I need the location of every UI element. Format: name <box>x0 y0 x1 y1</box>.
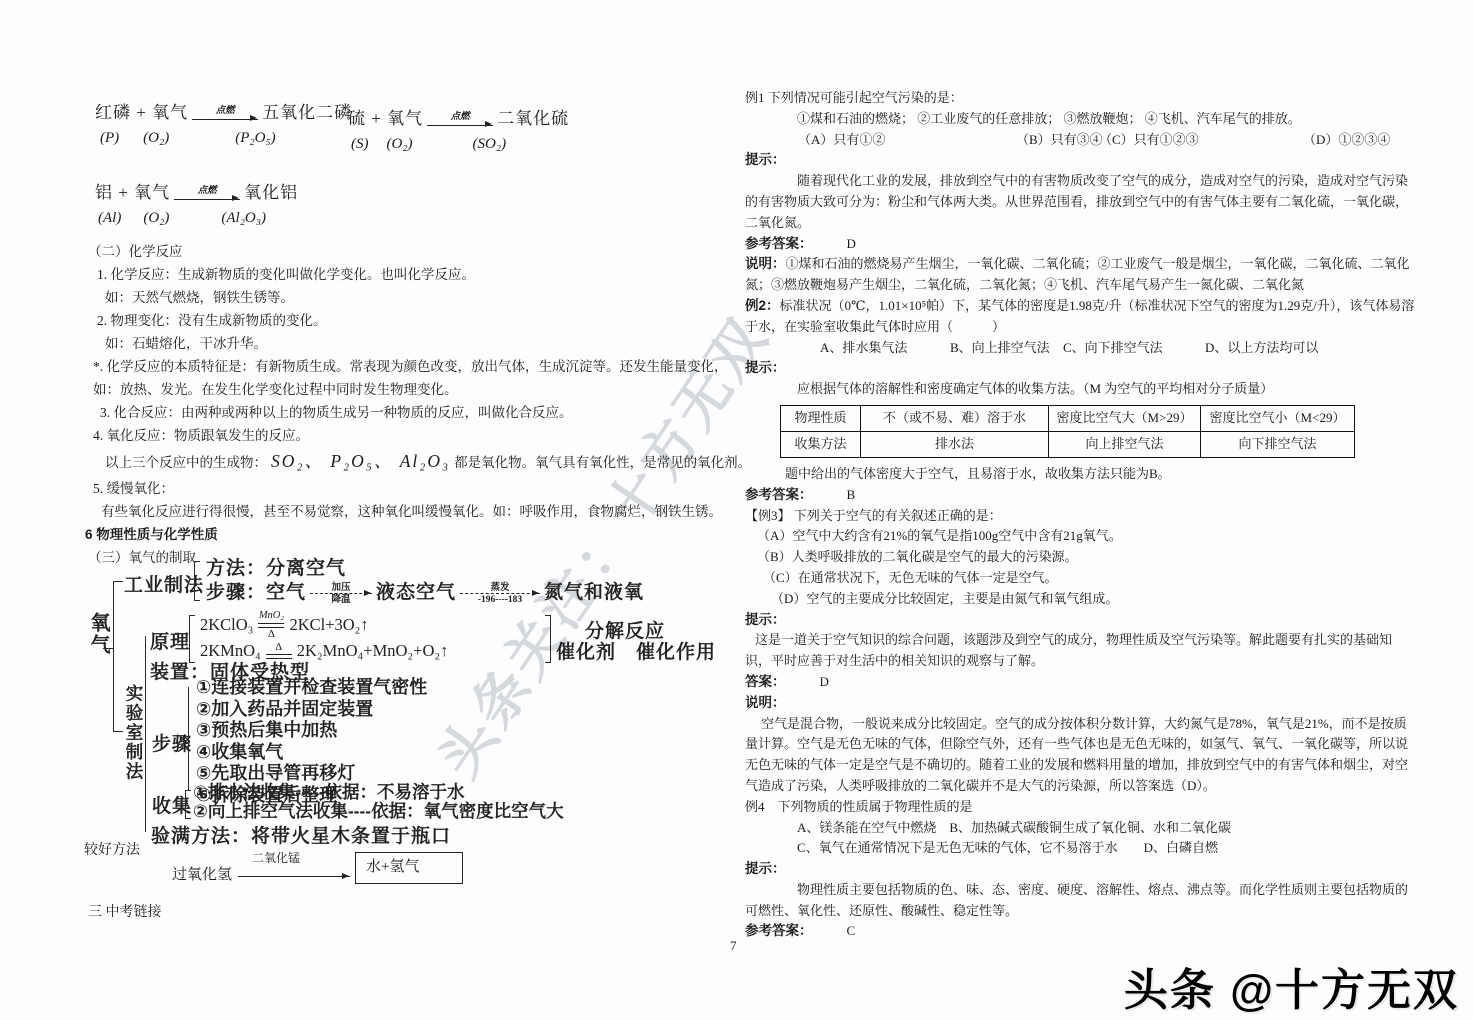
hint-heading: 提示： <box>745 358 1417 379</box>
lab-method-label: 实验室制法 <box>122 684 147 782</box>
answer-line: 答案：D <box>745 672 1417 693</box>
example1-options: （A）只有①② （B）只有③④ （C）只有①②③ （D）①②③④ <box>745 130 1417 151</box>
option-c-line: （C）在通常状况下，无色无味的气体一定是空气。 <box>745 568 1417 589</box>
list-item: ①排水法收集-----依据：不易溶于水 <box>193 783 564 802</box>
hint-paragraph: 应根据气体的溶解性和密度确定气体的收集方法。（M 为空气的平均相对分子质量） <box>745 379 1417 400</box>
left-column-text: （二）化学反应 1. 化学反应：生成新物质的变化叫做化学变化。也叫化学反应。 如… <box>85 240 733 569</box>
table-cell: 收集方法 <box>781 431 861 457</box>
equation-product: 二氧化硫 <box>497 104 569 129</box>
list-item: ①连接装置并检查装置气密性 <box>196 677 427 699</box>
bracket-icon <box>545 615 551 663</box>
hint-heading: 提示： <box>745 859 1417 880</box>
liquid-air-label: 液态空气 <box>376 577 456 604</box>
arrow-shaft-icon <box>310 593 372 594</box>
condition-label: 点燃 <box>198 187 217 197</box>
hint-heading: 提示： <box>745 150 1417 171</box>
formula: (P₂O₅) <box>235 130 275 147</box>
nitrogen-liquid-oxygen-label: 氮气和液氧 <box>544 577 644 604</box>
industrial-method-label: 工业制法 <box>124 570 204 597</box>
option-b-line: （B）人类呼吸排放的二氧化碳是空气的最大的污染源。 <box>745 547 1417 568</box>
equation-product: 五氧化二磷 <box>262 98 352 123</box>
reaction-arrow: 点燃 <box>174 187 240 200</box>
formula: (S) <box>351 136 369 153</box>
reaction-arrow: 点燃 <box>192 107 258 120</box>
text-line: 有些氧化反应进行得很慢，甚至不易觉察，这种氧化叫缓慢氧化。如：呼吸作用，食物腐烂… <box>85 500 733 523</box>
connector-line <box>113 581 123 582</box>
h2o2-label: 过氧化氢 <box>172 863 232 884</box>
example2-title: 例2：标准状况（0℃，1.01×10⁵帕）下，某气体的密度是1.98克/升（标准… <box>745 296 1417 338</box>
example4-options-ab: A、镁条能在空气中燃烧 B、加热碱式碳酸铜生成了氧化铜、水和二氧化碳 <box>745 818 1417 839</box>
formula: (Al) <box>98 210 121 227</box>
hint-heading: 提示： <box>745 610 1417 631</box>
lab-steps-label: 步骤 <box>152 729 192 756</box>
products-prefix: 以上三个反应中的生成物： <box>105 455 267 470</box>
example4-title: 例4 下列物质的性质属于物理性质的是 <box>745 797 1417 818</box>
connector-line <box>188 687 189 791</box>
section-heading: （二）化学反应 <box>85 240 733 263</box>
explanation-heading: 说明： <box>745 693 1417 714</box>
oxide-products-line: 以上三个反应中的生成物：SO₂、 P₂O₅、 Al₂O₃都是氧化物。氧气具有氧化… <box>85 447 733 477</box>
equation-aluminum: 铝 + 氧气 点燃 氧化铝 (Al)(O₂)(Al₂O₃) <box>95 178 298 227</box>
text-line: 如：天然气燃烧，钢铁生锈等。 <box>85 286 733 309</box>
text-line: 如：石蜡熔化，干冰升华。 <box>85 332 733 355</box>
full-test-label: 验满方法：将带火星木条置于瓶口 <box>151 821 451 848</box>
formula: (SO₂) <box>473 136 507 153</box>
arrow-shaft-icon <box>460 593 540 594</box>
section-heading: 6 物理性质与化学性质 <box>85 523 733 546</box>
table-row: 物理性质 不（或不易、难）溶于水 密度比空气大（M>29） 密度比空气小（M<2… <box>781 405 1355 431</box>
bracket-icon <box>189 615 195 663</box>
option-b: B、向上排空气法 <box>950 338 1050 359</box>
industrial-steps-row: 步骤：空气 加压降温 液态空气 蒸发-196----183 氮气和液氧 <box>206 577 644 604</box>
formula: (O₂) <box>143 130 169 147</box>
result-box: 水+氢气 <box>355 852 463 884</box>
evaporate-arrow: 蒸发-196----183 <box>460 582 540 606</box>
reference-answer: 参考答案：C <box>745 921 1417 942</box>
arrow-shaft-icon <box>174 199 240 200</box>
option-d-line: （D）空气的主要成分比较固定，主要是由氮气和氧气组成。 <box>745 589 1417 610</box>
gas-collection-table: 物理性质 不（或不易、难）溶于水 密度比空气大（M>29） 密度比空气小（M<2… <box>780 405 1355 458</box>
explanation-paragraph: 说明：①煤和石油的燃烧易产生烟尘，一氧化碳、二氧化硫；②工业废气一般是烟尘，一氧… <box>745 254 1417 296</box>
example1-items: ①煤和石油的燃烧； ②工业废气的任意排放； ③燃放鞭炮； ④飞机、汽车尾气的排放… <box>745 109 1417 130</box>
footer-watermark: 头条 @十方无双 <box>1124 954 1459 1018</box>
text-line: 4. 氧化反应：物质跟氧发生的反应。 <box>85 424 733 447</box>
text-line: 5. 缓慢氧化： <box>85 477 733 500</box>
analysis-line: 题中给出的气体密度大于空气，且易溶于水，故收集方法只能为B。 <box>745 464 1417 485</box>
text-line: 3. 化合反应：由两种或两种以上的物质生成另一种物质的反应，叫做化合反应。 <box>85 401 733 424</box>
table-cell: 不（或不易、难）溶于水 <box>861 405 1049 431</box>
hint-paragraph: 这是一道关于空气知识的综合问题，该题涉及到空气的成分，物理性质及空气污染等。解此… <box>745 630 1417 672</box>
equation-reactants: 硫 + 氧气 <box>348 104 423 129</box>
arrow-shaft-icon <box>192 119 258 120</box>
connector-line <box>113 581 114 732</box>
mno2-label: 二氧化锰 <box>252 849 300 866</box>
list-item: ②加入药品并固定装置 <box>196 699 427 721</box>
section-final-heading: 三 中考链接 <box>88 901 162 921</box>
table-cell: 密度比空气小（M<29） <box>1201 405 1355 431</box>
formula: (Al₂O₃) <box>221 210 266 227</box>
collect-list: ①排水法收集-----依据：不易溶于水 ②向上排空气法收集----依据：氧气密度… <box>193 783 564 821</box>
page-number: 7 <box>730 938 737 954</box>
arrow-shaft-icon <box>238 876 350 877</box>
text-line: *. 化学反应的本质特征是：有新物质生成。常表现为颜色改变，放出气体，生成沉淀等… <box>85 355 733 401</box>
condition-label: 点燃 <box>451 113 470 123</box>
table-cell: 向下排空气法 <box>1201 431 1355 457</box>
pressurize-cool-arrow: 加压降温 <box>310 582 372 606</box>
equation-sulfur: 硫 + 氧气 点燃 二氧化硫 (S)(O₂)(SO₂) <box>348 104 569 153</box>
bracket-icon <box>185 790 191 819</box>
list-item: ③预热后集中加热 <box>196 720 427 742</box>
example2-options: A、排水集气法 B、向上排空气法 C、向下排空气法 D、以上方法均可以 <box>745 338 1417 359</box>
kclo3-equation: 2KClO₃ MnO₂Δ 2KCl+3O₂↑ <box>200 611 369 640</box>
connector-line <box>103 648 113 649</box>
formula: (P) <box>100 130 119 147</box>
products-suffix: 都是氧化物。氧气具有氧化性，是常见的氧化剂。 <box>454 455 751 470</box>
table-cell: 向上排空气法 <box>1049 431 1201 457</box>
option-c: C、向下排空气法 <box>1063 338 1163 359</box>
condition-label: 点燃 <box>216 107 235 117</box>
option-a: A、排水集气法 <box>820 338 907 359</box>
equation-reactants: 铝 + 氧气 <box>95 178 170 203</box>
industrial-method-text: 方法：分离空气 <box>206 553 346 580</box>
table-cell: 物理性质 <box>781 405 861 431</box>
oxide-formulas: SO₂、 P₂O₅、 Al₂O₃ <box>267 451 454 471</box>
explanation-paragraph: 空气是混合物，一般说来成分比较固定。空气的成分按体积分数计算，大约氮气是78%，… <box>745 714 1417 797</box>
industrial-steps-prefix: 步骤：空气 <box>206 577 306 604</box>
option-a: （A）只有①② <box>798 130 885 151</box>
bracket-icon <box>194 561 200 601</box>
option-c: （C）只有①②③ <box>1099 130 1199 151</box>
hint-paragraph: 物理性质主要包括物质的色、味、态、密度、硬度、溶解性、熔点、沸点等。而化学性质则… <box>745 880 1417 922</box>
better-method-label: 较好方法 <box>84 839 140 859</box>
formula: (O₂) <box>143 210 169 227</box>
section-heading: （三）氧气的制取 <box>85 546 733 569</box>
formula: (O₂) <box>387 136 413 153</box>
list-item: ④收集氧气 <box>196 742 427 764</box>
example1-title: 例1 下列情况可能引起空气污染的是： <box>745 88 1417 109</box>
map-root-label: 氧气 <box>84 612 113 656</box>
option-d: （D）①②③④ <box>1303 130 1390 151</box>
equation-reactants: 红磷 + 氧气 <box>95 98 188 123</box>
double-equals-icon: MnO₂Δ <box>258 611 284 640</box>
example4-options-cd: C、氧气在通常情况下是无色无味的气体，它不易溶于水 D、白磷自燃 <box>745 838 1417 859</box>
table-row: 收集方法 排水法 向上排空气法 向下排空气法 <box>781 431 1355 457</box>
reaction-arrow: 点燃 <box>427 113 493 126</box>
text-line: 2. 物理变化：没有生成新物质的变化。 <box>85 309 733 332</box>
text-line: 1. 化学反应：生成新物质的变化叫做化学变化。也叫化学反应。 <box>85 263 733 286</box>
arrow-shaft-icon <box>427 125 493 126</box>
reference-answer: 参考答案：B <box>745 485 1417 506</box>
right-column-text: 例1 下列情况可能引起空气污染的是： ①煤和石油的燃烧； ②工业废气的任意排放；… <box>745 88 1417 942</box>
option-d: D、以上方法均可以 <box>1205 338 1318 359</box>
reference-answer: 参考答案：D <box>745 234 1417 255</box>
hint-paragraph: 随着现代化工业的发展，排放到空气中的有害物质改变了空气的成分，造成对空气的污染，… <box>745 171 1417 233</box>
equation-product: 氧化铝 <box>244 178 298 203</box>
principle-label: 原理 <box>150 627 190 654</box>
table-cell: 密度比空气大（M>29） <box>1049 405 1201 431</box>
catalyst-label: 催化剂 催化作用 <box>556 637 716 664</box>
option-b: （B）只有③④ <box>1016 130 1103 151</box>
table-cell: 排水法 <box>861 431 1049 457</box>
list-item: ②向上排空气法收集----依据：氧气密度比空气大 <box>193 802 564 821</box>
example3-title: 【例3】 下列关于空气的有关叙述正确的是： <box>745 506 1417 527</box>
equation-red-phosphorus: 红磷 + 氧气 点燃 五氧化二磷 (P)(O₂)(P₂O₅) <box>95 98 352 147</box>
option-a-line: （A）空气中大约含有21%的氧气是指100g空气中含有21g氧气。 <box>745 526 1417 547</box>
